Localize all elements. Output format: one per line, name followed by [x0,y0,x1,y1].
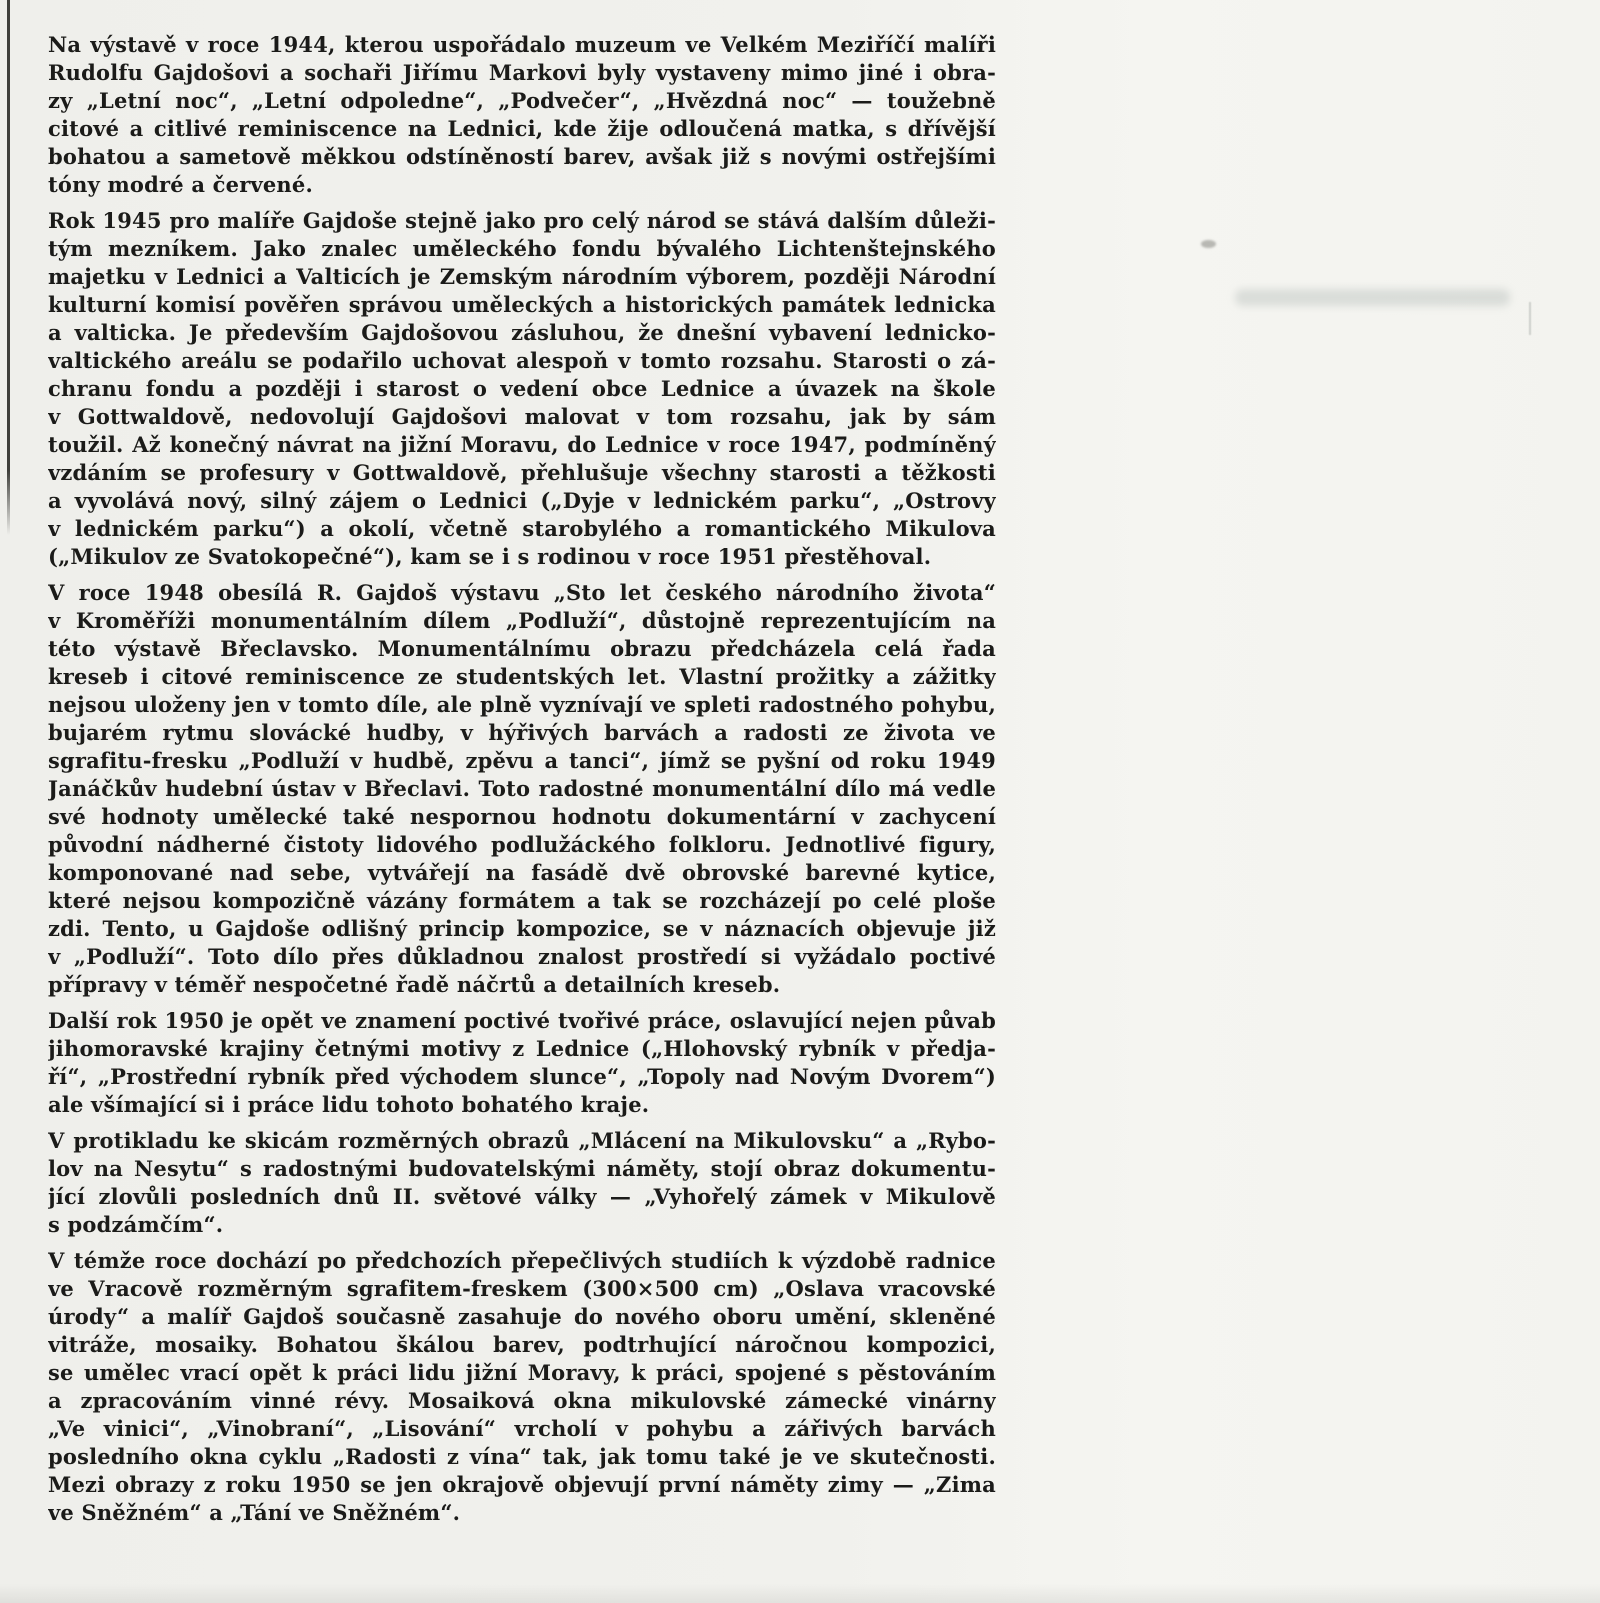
text-line: („Mikulov ze Svatokopečné“), kam se i s … [48,543,996,571]
text-line: sgrafitu-fresku „Podluží v hudbě, zpěvu … [48,747,996,775]
text-line: ve Vracově rozměrným sgrafitem-freskem (… [48,1275,996,1303]
text-line: přípravy v téměř nespočetné řadě náčrtů … [48,971,996,999]
ink-speck [1201,240,1216,248]
text-line: Rok 1945 pro malíře Gajdoše stejně jako … [48,207,996,235]
text-line: V témže roce dochází po předchozích přep… [48,1247,996,1275]
text-line: Na výstavě v roce 1944, kterou uspořádal… [48,31,996,59]
text-line: tým mezníkem. Jako znalec uměleckého fon… [48,235,996,263]
body-text: Na výstavě v roce 1944, kterou uspořádal… [48,31,996,1527]
text-line: a vyvolává nový, silný zájem o Lednici (… [48,487,996,515]
text-line: ří“, „Prostřední rybník před východem sl… [48,1063,996,1091]
text-line: bujarém rytmu slovácké hudby, v hýřivých… [48,719,996,747]
bleedthrough-text-ghost [1235,289,1510,306]
paragraph: V roce 1948 obesílá R. Gajdoš výstavu „S… [48,579,996,999]
text-line: Rudolfu Gajdošovi a sochaři Jiřímu Marko… [48,59,996,87]
text-line: zdi. Tento, u Gajdoše odlišný princip ko… [48,915,996,943]
text-line: kulturní komisí pověřen správou umělecký… [48,291,996,319]
scanned-page: Na výstavě v roce 1944, kterou uspořádal… [0,0,1600,1603]
text-line: toužil. Až konečný návrat na jižní Morav… [48,431,996,459]
text-line: lov na Nesytu“ s radostnými budovatelský… [48,1155,996,1183]
text-line: v „Podluží“. Toto dílo přes důkladnou zn… [48,943,996,971]
text-line: kreseb i citové reminiscence ze students… [48,663,996,691]
text-line: ve Sněžném“ a „Tání ve Sněžném“. [48,1499,996,1527]
text-line: chranu fondu a později i starost o veden… [48,375,996,403]
text-line: v lednickém parku“) a okolí, včetně star… [48,515,996,543]
text-line: citové a citlivé reminiscence na Lednici… [48,115,996,143]
text-line: „Ve vinici“, „Vinobraní“, „Lisování“ vrc… [48,1415,996,1443]
text-line: zy „Letní noc“, „Letní odpoledne“, „Podv… [48,87,996,115]
faint-crease-mark [1529,302,1531,335]
paragraph: Na výstavě v roce 1944, kterou uspořádal… [48,31,996,199]
text-line: původní nádherné čistoty lidového podluž… [48,831,996,859]
text-line: s podzámčím“. [48,1211,996,1239]
paragraph: Rok 1945 pro malíře Gajdoše stejně jako … [48,207,996,571]
text-line: Janáčkův hudební ústav v Břeclavi. Toto … [48,775,996,803]
text-line: valtického areálu se podařilo uchovat al… [48,347,996,375]
text-line: vitráže, mosaiky. Bohatou škálou barev, … [48,1331,996,1359]
text-line: posledního okna cyklu „Radosti z vína“ t… [48,1443,996,1471]
text-line: tóny modré a červené. [48,171,996,199]
text-line: jihomoravské krajiny četnými motivy z Le… [48,1035,996,1063]
text-line: majetku v Lednici a Valticích je Zemským… [48,263,996,291]
paragraph: Další rok 1950 je opět ve znamení poctiv… [48,1007,996,1119]
text-line: komponované nad sebe, vytvářejí na fasád… [48,859,996,887]
text-line: a valticka. Je především Gajdošovou zásl… [48,319,996,347]
text-line: které nejsou kompozičně vázány formátem … [48,887,996,915]
text-line: úrody“ a malíř Gajdoš současně zasahuje … [48,1303,996,1331]
text-line: V protikladu ke skicám rozměrných obrazů… [48,1127,996,1155]
text-line: v Kroměříži monumentálním dílem „Podluží… [48,607,996,635]
text-line: v Gottwaldově, nedovolují Gajdošovi malo… [48,403,996,431]
text-line: vzdáním se profesury v Gottwaldově, přeh… [48,459,996,487]
text-line: jící zlovůli posledních dnů II. světové … [48,1183,996,1211]
text-line: své hodnoty umělecké také nespornou hodn… [48,803,996,831]
text-line: ale všímající si i práce lidu tohoto boh… [48,1091,996,1119]
text-line: Mezi obrazy z roku 1950 se jen okrajově … [48,1471,996,1499]
text-line: se umělec vrací opět k práci lidu jižní … [48,1359,996,1387]
paragraph: V témže roce dochází po předchozích přep… [48,1247,996,1527]
text-line: nejsou uloženy jen v tomto díle, ale pln… [48,691,996,719]
text-line: a zpracováním vinné révy. Mosaiková okna… [48,1387,996,1415]
text-line: této výstavě Břeclavsko. Monumentálnímu … [48,635,996,663]
text-line: bohatou a sametově měkkou odstíněností b… [48,143,996,171]
text-line: Další rok 1950 je opět ve znamení poctiv… [48,1007,996,1035]
text-line: V roce 1948 obesílá R. Gajdoš výstavu „S… [48,579,996,607]
page-edge-rule [7,0,10,535]
paragraph: V protikladu ke skicám rozměrných obrazů… [48,1127,996,1239]
